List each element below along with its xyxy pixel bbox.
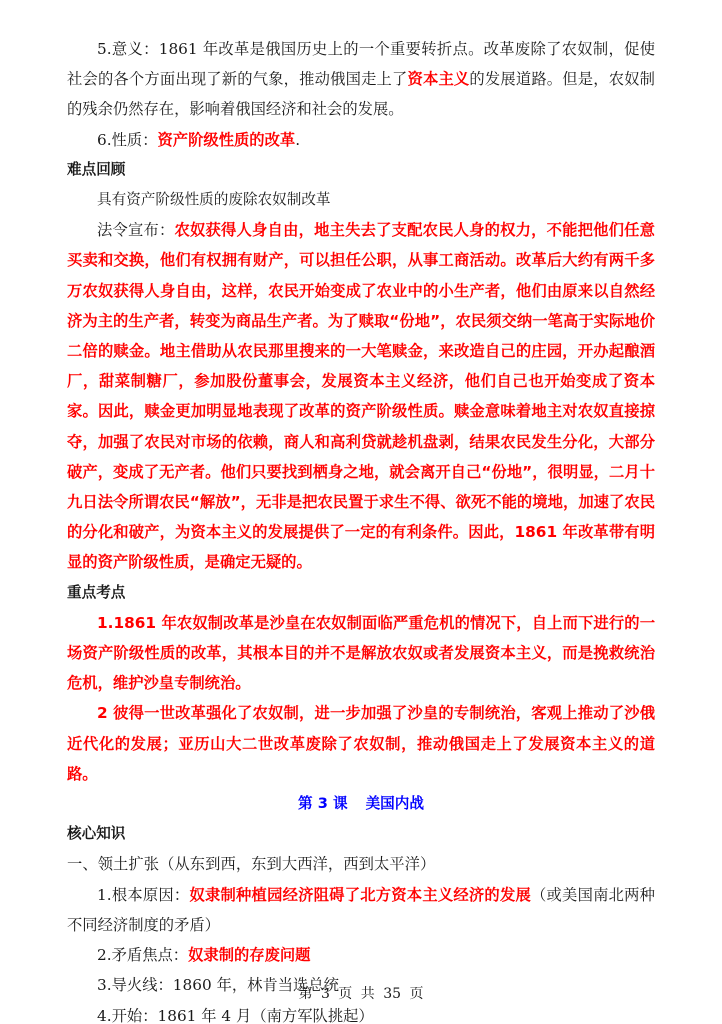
decree-text: 农奴获得人身自由，地主失去了支配农民人身的权力，不能把他们任意买卖和交换，他们有… [67,221,655,571]
nature-highlight: 资产阶级性质的改革 [158,131,296,149]
conflict-focus-label: 2.矛盾焦点： [97,946,188,964]
difficulty-review-subheading: 具有资产阶级性质的废除农奴制改革 [67,185,655,215]
item-start: 4.开始：1861 年 4 月（南方军队挑起） [67,1001,655,1024]
root-cause-highlight: 奴隶制种植园经济阻碍了北方资本主义经济的发展 [189,886,531,904]
significance-label: 5.意义： [97,40,159,58]
page-footer: 第 3 页 共 35 页 [0,983,722,1003]
key-points-heading: 重点考点 [67,578,655,608]
part1-title: 一、领土扩张（从东到西，东到大西洋，西到太平洋） [67,849,655,879]
document-page: 5.意义：1861 年改革是俄国历史上的一个重要转折点。改革废除了农奴制，促使社… [67,34,655,1024]
lesson-number: 第 3 课 [298,795,348,812]
decree-label: 法令宣布： [97,221,175,239]
section-significance: 5.意义：1861 年改革是俄国历史上的一个重要转折点。改革废除了农奴制，促使社… [67,34,655,125]
lesson-name: 美国内战 [366,795,424,812]
significance-highlight: 资本主义 [408,70,470,88]
nature-tail: . [295,131,300,149]
item-root-cause: 1.根本原因：奴隶制种植园经济阻碍了北方资本主义经济的发展（或美国南北两种不同经… [67,880,655,940]
core-knowledge-heading: 核心知识 [67,819,655,849]
decree-paragraph: 法令宣布：农奴获得人身自由，地主失去了支配农民人身的权力，不能把他们任意买卖和交… [67,215,655,577]
item-conflict-focus: 2.矛盾焦点：奴隶制的存废问题 [67,940,655,970]
key-point-1: 1.1861 年农奴制改革是沙皇在农奴制面临严重危机的情况下，自上而下进行的一场… [67,608,655,699]
lesson-title: 第 3 课美国内战 [67,789,655,819]
difficulty-review-heading: 难点回顾 [67,155,655,185]
nature-label: 6.性质： [97,131,158,149]
root-cause-label: 1.根本原因： [97,886,189,904]
conflict-focus-highlight: 奴隶制的存废问题 [188,946,310,964]
key-point-2: 2 彼得一世改革强化了农奴制，进一步加强了沙皇的专制统治，客观上推动了沙俄近代化… [67,698,655,789]
section-nature: 6.性质：资产阶级性质的改革. [67,125,655,155]
